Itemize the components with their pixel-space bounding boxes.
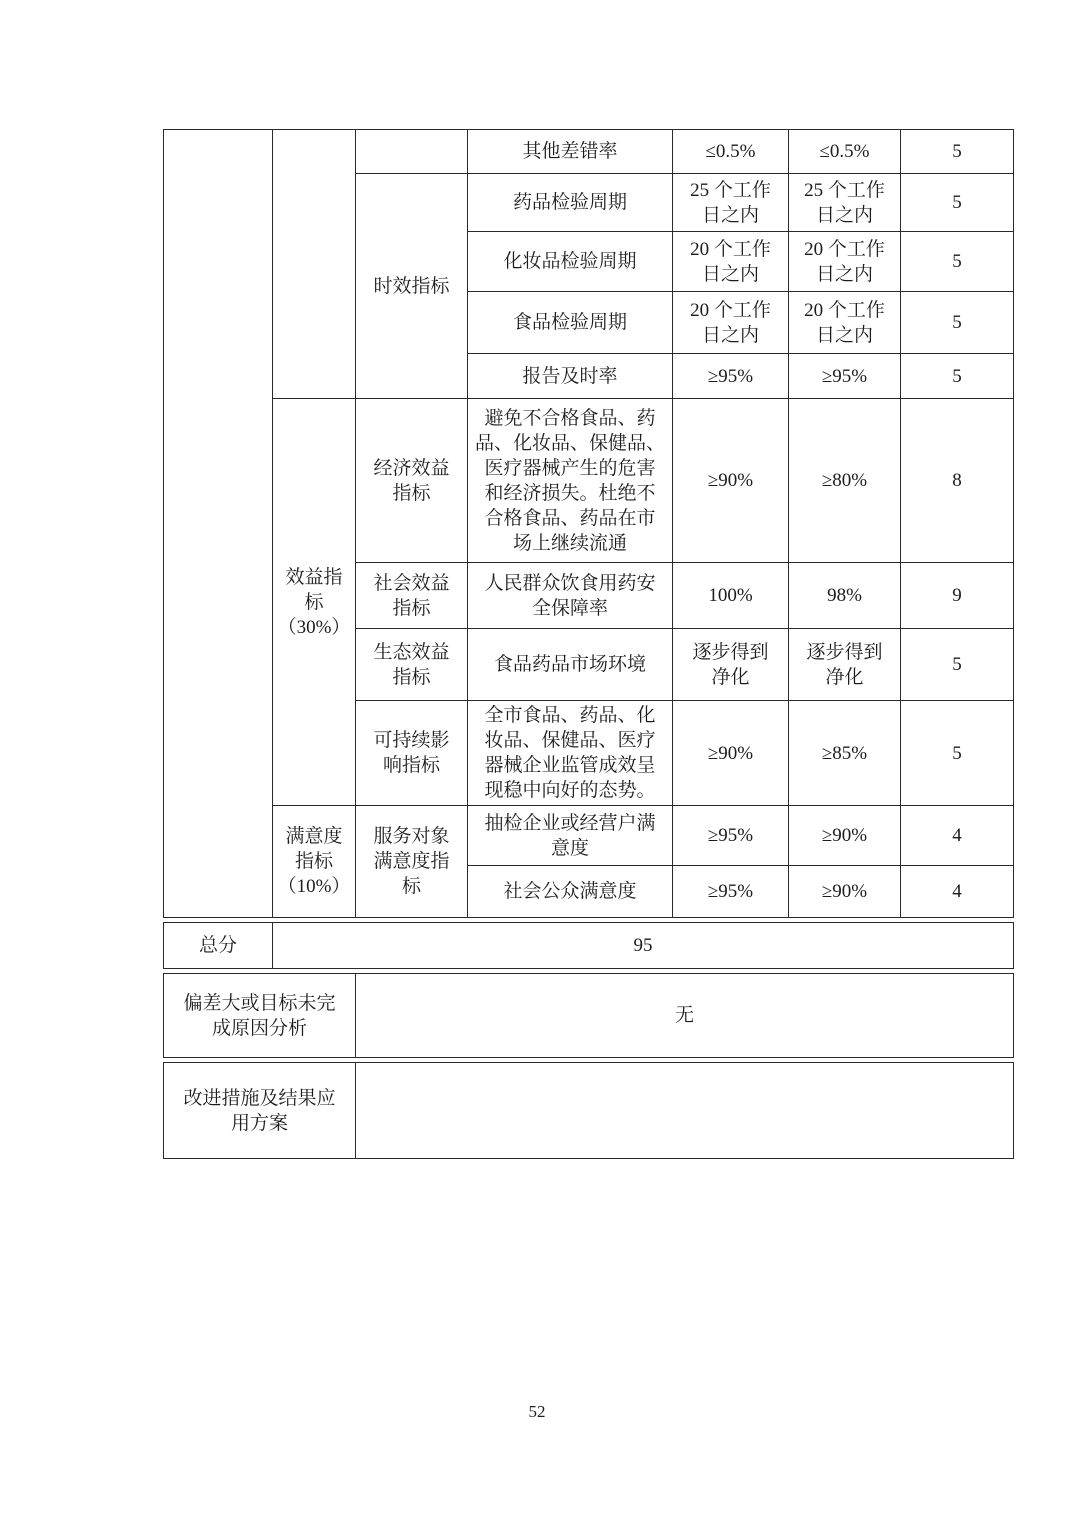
group-label-economic: 经济效益 指标 xyxy=(356,399,468,563)
group-label-service-target: 服务对象 满意度指 标 xyxy=(356,806,468,918)
table-row: 其他差错率 ≤0.5% ≤0.5% 5 xyxy=(164,130,1014,174)
score-cell: 4 xyxy=(901,866,1014,918)
indicator-name-cell: 社会公众满意度 xyxy=(468,866,673,918)
actual-value-cell: 98% xyxy=(789,563,901,629)
group-label-social: 社会效益 指标 xyxy=(356,563,468,629)
indicator-name-cell: 其他差错率 xyxy=(468,130,673,174)
actual-value-cell: ≥90% xyxy=(789,806,901,866)
score-cell: 5 xyxy=(901,292,1014,354)
evaluation-table-area: 其他差错率 ≤0.5% ≤0.5% 5 时效指标 药品检验周期 25 个工作 日… xyxy=(163,129,1013,1159)
target-value-cell: 100% xyxy=(673,563,789,629)
target-value-cell: ≥95% xyxy=(673,354,789,399)
indicator-name-cell: 食品检验周期 xyxy=(468,292,673,354)
group-label-timeliness: 时效指标 xyxy=(356,174,468,399)
deviation-analysis-table: 偏差大或目标未完 成原因分析 无 xyxy=(163,973,1014,1058)
score-cell: 5 xyxy=(901,629,1014,701)
score-cell: 5 xyxy=(901,354,1014,399)
group-label-benefit: 效益指 标 （30%） xyxy=(273,399,356,806)
actual-value-cell: ≥95% xyxy=(789,354,901,399)
score-cell: 5 xyxy=(901,174,1014,232)
indicator-name-cell: 食品药品市场环境 xyxy=(468,629,673,701)
group-label-satisfaction: 满意度 指标 （10%） xyxy=(273,806,356,918)
document-page: 其他差错率 ≤0.5% ≤0.5% 5 时效指标 药品检验周期 25 个工作 日… xyxy=(0,0,1074,1520)
target-value-cell: 25 个工作 日之内 xyxy=(673,174,789,232)
target-value-cell: ≥95% xyxy=(673,866,789,918)
actual-value-cell: ≥80% xyxy=(789,399,901,563)
indicator-name-cell: 人民群众饮食用药安 全保障率 xyxy=(468,563,673,629)
target-value-cell: ≤0.5% xyxy=(673,130,789,174)
target-value-cell: 逐步得到 净化 xyxy=(673,629,789,701)
continuation-cell-level1 xyxy=(164,130,273,918)
continuation-cell-level2 xyxy=(273,130,356,399)
actual-value-cell: ≥90% xyxy=(789,866,901,918)
target-value-cell: ≥95% xyxy=(673,806,789,866)
actual-value-cell: 25 个工作 日之内 xyxy=(789,174,901,232)
improvement-value xyxy=(356,1063,1014,1159)
target-value-cell: 20 个工作 日之内 xyxy=(673,292,789,354)
deviation-analysis-label: 偏差大或目标未完 成原因分析 xyxy=(164,974,356,1058)
continuation-cell-level3 xyxy=(356,130,468,174)
actual-value-cell: ≥85% xyxy=(789,701,901,806)
indicator-name-cell: 避免不合格食品、药 品、化妆品、保健品、 医疗器械产生的危害 和经济损失。杜绝不… xyxy=(468,399,673,563)
improvement-table: 改进措施及结果应 用方案 xyxy=(163,1062,1014,1159)
table-row: 总分 95 xyxy=(164,923,1014,969)
score-cell: 9 xyxy=(901,563,1014,629)
indicator-name-cell: 药品检验周期 xyxy=(468,174,673,232)
indicator-name-cell: 全市食品、药品、化 妆品、保健品、医疗 器械企业监管成效呈 现稳中向好的态势。 xyxy=(468,701,673,806)
indicator-name-cell: 报告及时率 xyxy=(468,354,673,399)
page-number: 52 xyxy=(0,1402,1074,1422)
score-cell: 8 xyxy=(901,399,1014,563)
table-row: 偏差大或目标未完 成原因分析 无 xyxy=(164,974,1014,1058)
target-value-cell: 20 个工作 日之内 xyxy=(673,232,789,292)
target-value-cell: ≥90% xyxy=(673,399,789,563)
group-label-sustainable: 可持续影 响指标 xyxy=(356,701,468,806)
score-cell: 5 xyxy=(901,232,1014,292)
improvement-label: 改进措施及结果应 用方案 xyxy=(164,1063,356,1159)
score-cell: 5 xyxy=(901,130,1014,174)
score-cell: 5 xyxy=(901,701,1014,806)
indicator-grid-table: 其他差错率 ≤0.5% ≤0.5% 5 时效指标 药品检验周期 25 个工作 日… xyxy=(163,129,1014,918)
indicator-name-cell: 化妆品检验周期 xyxy=(468,232,673,292)
total-score-value: 95 xyxy=(273,923,1014,969)
actual-value-cell: 逐步得到 净化 xyxy=(789,629,901,701)
table-row: 满意度 指标 （10%） 服务对象 满意度指 标 抽检企业或经营户满 意度 ≥9… xyxy=(164,806,1014,866)
actual-value-cell: ≤0.5% xyxy=(789,130,901,174)
target-value-cell: ≥90% xyxy=(673,701,789,806)
total-score-label: 总分 xyxy=(164,923,273,969)
indicator-name-cell: 抽检企业或经营户满 意度 xyxy=(468,806,673,866)
table-row: 改进措施及结果应 用方案 xyxy=(164,1063,1014,1159)
group-label-ecological: 生态效益 指标 xyxy=(356,629,468,701)
score-cell: 4 xyxy=(901,806,1014,866)
total-score-table: 总分 95 xyxy=(163,922,1014,969)
actual-value-cell: 20 个工作 日之内 xyxy=(789,232,901,292)
deviation-analysis-value: 无 xyxy=(356,974,1014,1058)
table-row: 效益指 标 （30%） 经济效益 指标 避免不合格食品、药 品、化妆品、保健品、… xyxy=(164,399,1014,563)
actual-value-cell: 20 个工作 日之内 xyxy=(789,292,901,354)
